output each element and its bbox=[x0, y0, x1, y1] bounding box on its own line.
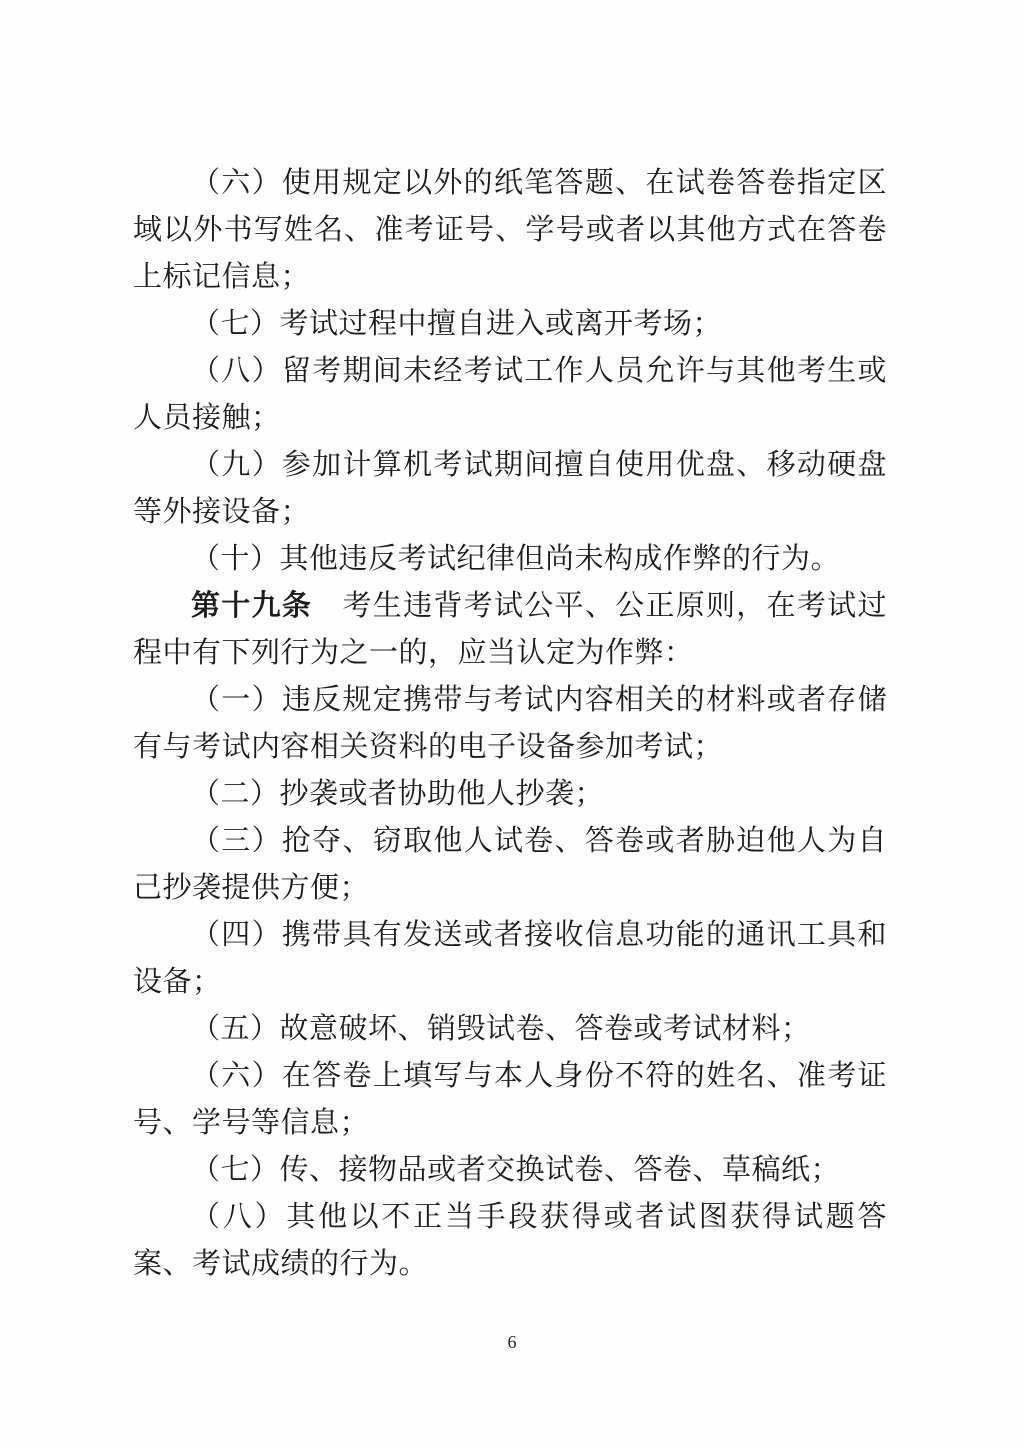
paragraph: 第十九条 考生违背考试公平、公正原则，在考试过程中有下列行为之一的，应当认定为作… bbox=[133, 583, 887, 677]
paragraph-text: （一）违反规定携带与考试内容相关的材料或者存储有与考试内容相关资料的电子设备参加… bbox=[133, 684, 887, 763]
article-number: 第十九条 bbox=[191, 590, 312, 622]
paragraph: （二）抄袭或者协助他人抄袭； bbox=[133, 771, 887, 818]
paragraph: （十）其他违反考试纪律但尚未构成作弊的行为。 bbox=[133, 536, 887, 583]
paragraph-text: （九）参加计算机考试期间擅自使用优盘、移动硬盘等外接设备； bbox=[133, 449, 887, 528]
paragraph-text: （八）留考期间未经考试工作人员允许与其他考生或人员接触； bbox=[133, 355, 887, 434]
paragraph-text: （四）携带具有发送或者接收信息功能的通讯工具和设备； bbox=[133, 919, 887, 998]
paragraph-text: （二）抄袭或者协助他人抄袭； bbox=[191, 778, 604, 810]
paragraph: （七）考试过程中擅自进入或离开考场； bbox=[133, 301, 887, 348]
paragraph: （七）传、接物品或者交换试卷、答卷、草稿纸； bbox=[133, 1147, 887, 1194]
paragraph-text: （十）其他违反考试纪律但尚未构成作弊的行为。 bbox=[191, 543, 840, 575]
paragraph: （六）使用规定以外的纸笔答题、在试卷答卷指定区域以外书写姓名、准考证号、学号或者… bbox=[133, 160, 887, 301]
page-number: 6 bbox=[0, 1328, 1024, 1356]
paragraph-text: （六）在答卷上填写与本人身份不符的姓名、准考证号、学号等信息； bbox=[133, 1060, 887, 1139]
paragraph: （四）携带具有发送或者接收信息功能的通讯工具和设备； bbox=[133, 912, 887, 1006]
paragraph-text: （六）使用规定以外的纸笔答题、在试卷答卷指定区域以外书写姓名、准考证号、学号或者… bbox=[133, 167, 887, 293]
paragraph-text: （八）其他以不正当手段获得或者试图获得试题答案、考试成绩的行为。 bbox=[133, 1201, 887, 1280]
paragraph: （六）在答卷上填写与本人身份不符的姓名、准考证号、学号等信息； bbox=[133, 1053, 887, 1147]
paragraph-text: （七）考试过程中擅自进入或离开考场； bbox=[191, 308, 722, 340]
document-text: （六）使用规定以外的纸笔答题、在试卷答卷指定区域以外书写姓名、准考证号、学号或者… bbox=[133, 160, 887, 1288]
paragraph-text: （五）故意破坏、销毁试卷、答卷或考试材料； bbox=[191, 1013, 811, 1045]
paragraph-text: （七）传、接物品或者交换试卷、答卷、草稿纸； bbox=[191, 1154, 840, 1186]
paragraph-text: （三）抢夺、窃取他人试卷、答卷或者胁迫他人为自己抄袭提供方便； bbox=[133, 825, 887, 904]
document-page: （六）使用规定以外的纸笔答题、在试卷答卷指定区域以外书写姓名、准考证号、学号或者… bbox=[0, 0, 1024, 1448]
paragraph: （一）违反规定携带与考试内容相关的材料或者存储有与考试内容相关资料的电子设备参加… bbox=[133, 677, 887, 771]
paragraph: （五）故意破坏、销毁试卷、答卷或考试材料； bbox=[133, 1006, 887, 1053]
paragraph: （八）留考期间未经考试工作人员允许与其他考生或人员接触； bbox=[133, 348, 887, 442]
paragraph: （三）抢夺、窃取他人试卷、答卷或者胁迫他人为自己抄袭提供方便； bbox=[133, 818, 887, 912]
paragraph: （九）参加计算机考试期间擅自使用优盘、移动硬盘等外接设备； bbox=[133, 442, 887, 536]
paragraph: （八）其他以不正当手段获得或者试图获得试题答案、考试成绩的行为。 bbox=[133, 1194, 887, 1288]
